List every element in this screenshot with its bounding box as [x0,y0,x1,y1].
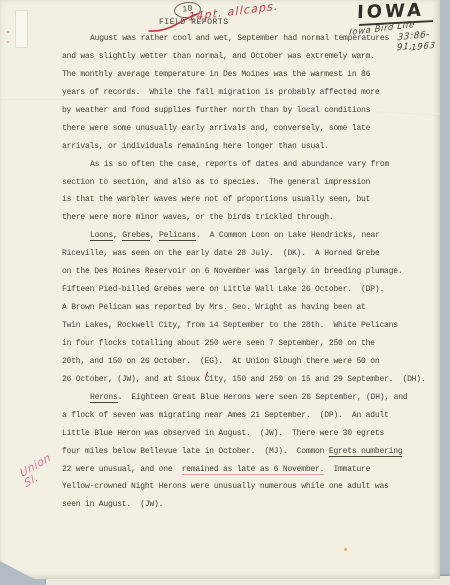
ink-speck [7,31,9,33]
typed-text-segment: and was slightly wetter than normal, and… [62,52,375,61]
typed-line: Riceville, was seen on the early date 28… [62,245,442,263]
typed-line: and was slightly wetter than normal, and… [62,48,442,66]
typed-text-segment: 20th, and 150 on 26 October. (EG). At Un… [62,357,379,366]
typed-text-segment: there were more minor waves, or the bird… [62,213,333,222]
typed-line: seen in August. (JW). [62,496,442,514]
typed-text-segment: Fifteen Pied-billed Grebes were on Littl… [62,285,384,294]
typed-text-segment: Loons [90,231,113,241]
typed-line: 26 October, (JW), and at Sioux City, 150… [62,371,442,389]
typed-line: 20th, and 150 on 26 October. (EG). At Un… [62,353,442,371]
typed-line: Twin Lakes, Rockwell City, from 14 Septe… [62,317,442,335]
typed-text-segment: Yellow-crowned Night Herons were unusual… [62,482,389,491]
margin-note-pink: Union Sl. [19,449,62,490]
typed-text-segment: Egrets numbering [329,447,403,457]
tape-mark [15,10,28,48]
typed-text-segment: is that the warbler waves were not of pr… [62,195,370,204]
typed-text-segment: section to section, and also as to speci… [62,178,370,187]
typed-text-segment: in four flocks totalling about 250 were … [62,339,375,348]
typed-line: there were some unusually early arrivals… [62,120,442,138]
editor-note-red: 14pt. allcaps. [188,0,278,24]
typed-text-segment: C [205,375,210,384]
typed-text-segment: 26 October, (JW), and at Sioux [62,375,205,384]
typed-text-segment: As is so often the case, reports of date… [90,160,389,169]
scanned-document: 10 FIELD REPORTS 14pt. allcaps. IOWA Iow… [0,0,450,585]
typed-text-segment: Grebes [122,231,150,241]
typed-text-segment: years of records. While the fall migrati… [62,88,379,97]
typed-line: years of records. While the fall migrati… [62,84,442,102]
typed-text-segment: a flock of seven was migrating near Ames… [62,411,389,420]
typed-text-segment: Herons [90,393,118,403]
typewritten-page: 10 FIELD REPORTS 14pt. allcaps. IOWA Iow… [0,0,440,579]
typed-text-segment: Riceville, was seen on the early date 28… [62,249,379,258]
typed-text-segment: seen in August. (JW). [62,500,163,509]
typed-text-segment: Immature [324,465,370,474]
typed-line: section to section, and also as to speci… [62,174,442,192]
typed-line: As is so often the case, reports of date… [62,156,442,174]
typed-text-segment: . A Common Loon on Lake Hendricks, near [196,231,380,240]
typed-line: a flock of seven was migrating near Ames… [62,407,442,425]
typed-line: Herons. Eighteen Great Blue Herons were … [62,389,442,407]
typed-text-segment: remained as late as 6 November. [182,465,325,475]
typed-text-segment: A Brown Pelican was reported by Mrs. Geo… [62,303,366,312]
typed-line: Yellow-crowned Night Herons were unusual… [62,478,442,496]
typed-line: 22 were unusual, and one remained as lat… [62,461,442,479]
typed-line: A Brown Pelican was reported by Mrs. Geo… [62,299,442,317]
typed-text-segment: , [113,231,122,240]
typed-line: Little Blue Heron was observed in August… [62,425,442,443]
typed-text-segment: . Eighteen Great Blue Herons were seen 2… [118,393,408,402]
typed-line: in four flocks totalling about 250 were … [62,335,442,353]
typed-text-segment: by weather and food supplies further nor… [62,106,370,115]
typed-text-segment: , [150,231,159,240]
typed-text-segment: on the Des Moines Reservoir on 6 Novembe… [62,267,402,276]
typed-line: there were more minor waves, or the bird… [62,209,442,227]
typed-text-segment: August was rather cool and wet, Septembe… [90,34,389,43]
typed-text-segment: Little Blue Heron was observed in August… [62,429,384,438]
typed-line: Loons, Grebes, Pelicans. A Common Loon o… [62,227,442,245]
typed-text-segment: four miles below Bellevue late in Octobe… [62,447,329,456]
typed-line: is that the warbler waves were not of pr… [62,191,442,209]
typed-line: The monthly average temperature in Des M… [62,66,442,84]
typed-line: four miles below Bellevue late in Octobe… [62,443,442,461]
typed-text-segment: there were some unusually early arrivals… [62,124,370,133]
typed-line: arrivals, or individuals remaining here … [62,138,442,156]
typed-line: Fifteen Pied-billed Grebes were on Littl… [62,281,442,299]
typed-line: on the Des Moines Reservoir on 6 Novembe… [62,263,442,281]
ink-speck [7,41,9,43]
typed-text-segment: Pelicans [159,231,196,241]
typed-text-segment: Twin Lakes, Rockwell City, from 14 Septe… [62,321,398,330]
typed-text-segment: The monthly average temperature in Des M… [62,70,370,79]
stain-speck [344,548,347,551]
typed-line: August was rather cool and wet, Septembe… [62,30,442,48]
typed-line: by weather and food supplies further nor… [62,102,442,120]
typed-text-segment: ity, 150 and 250 on 15 and 29 September.… [209,375,425,384]
typed-lines: August was rather cool and wet, Septembe… [62,30,442,514]
typed-text-segment: 22 were unusual, and one [62,465,182,474]
typed-text-segment: arrivals, or individuals remaining here … [62,142,329,151]
